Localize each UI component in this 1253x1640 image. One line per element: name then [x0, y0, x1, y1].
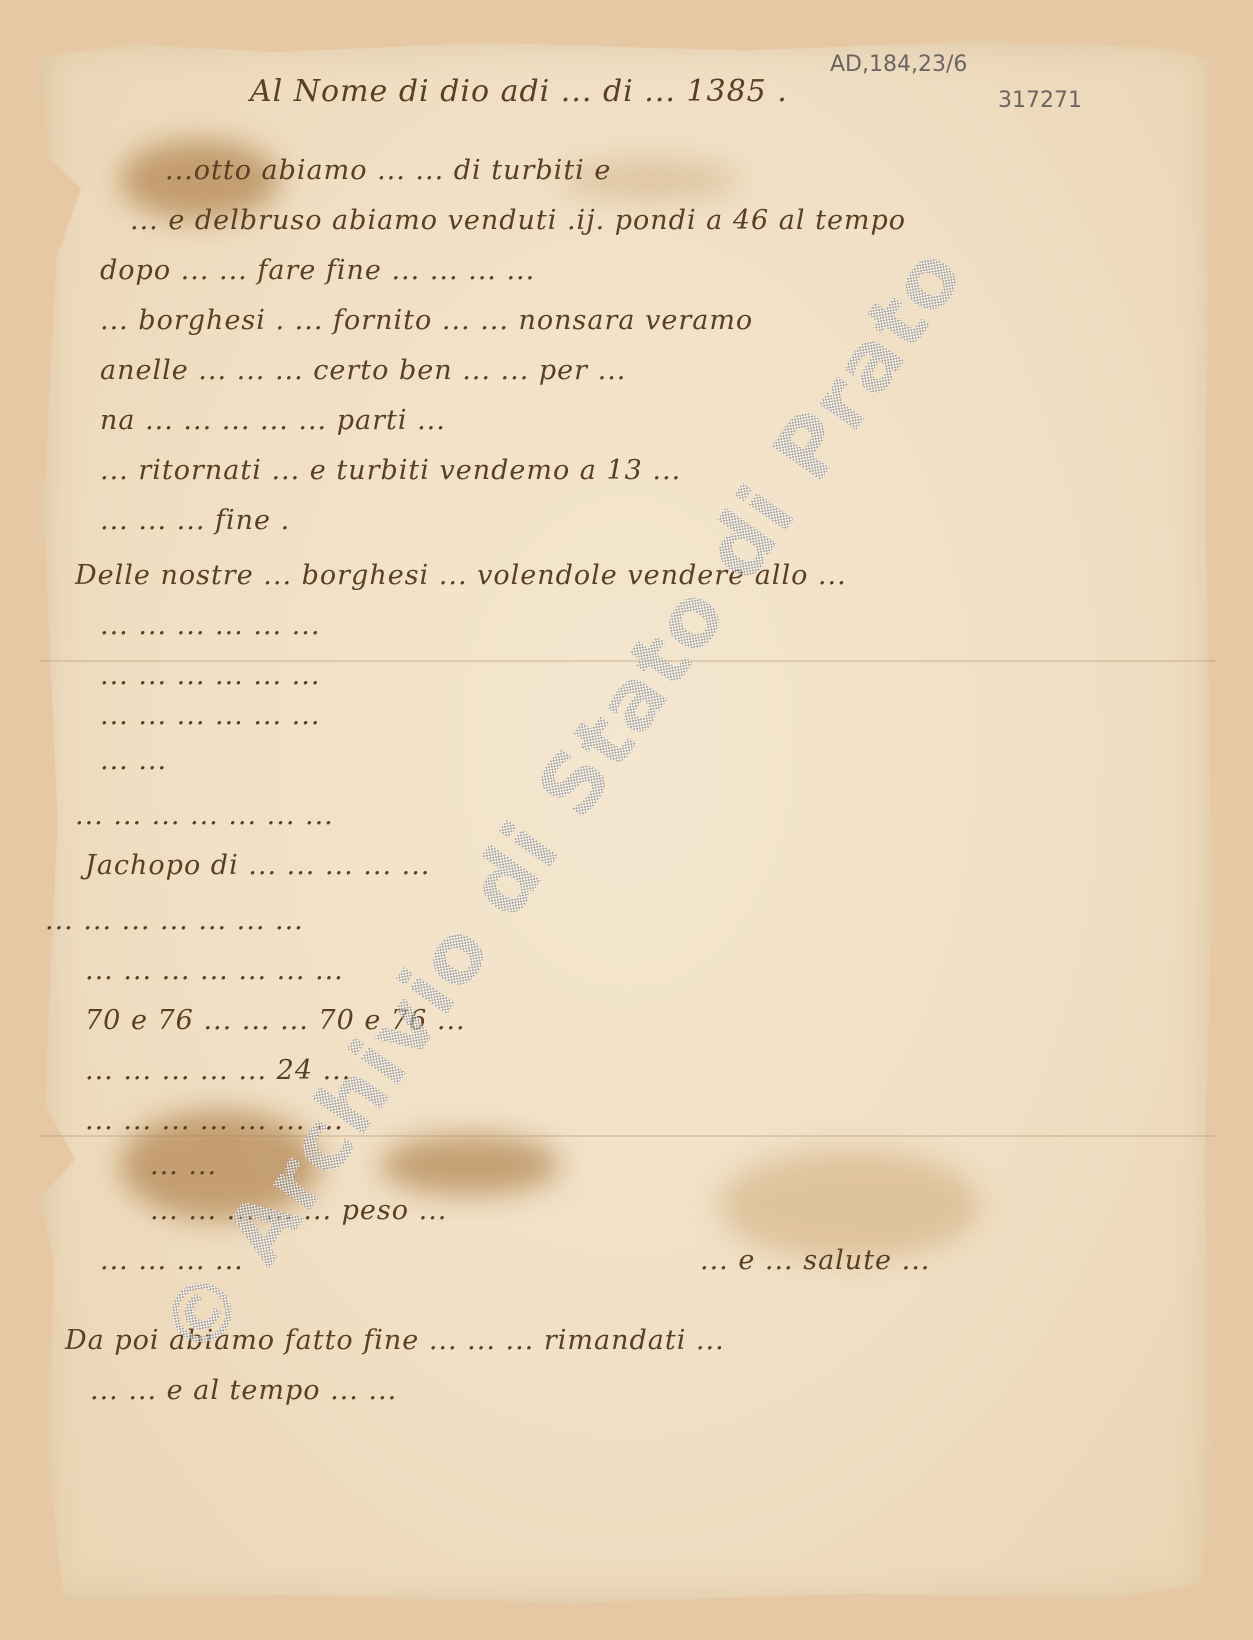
- text-line: ... ...: [150, 1150, 217, 1181]
- text-line: ... e delbruso abiamo venduti .ij. pondi…: [130, 205, 906, 236]
- text-line: ... ... ... fine .: [100, 505, 290, 536]
- text-line: anelle ... ... ... certo ben ... ... per…: [100, 355, 626, 386]
- text-line: ... borghesi . ... fornito ... ... nonsa…: [100, 305, 753, 336]
- text-line: ... ... ... ... ... ...: [100, 610, 320, 641]
- stain-middle-tear: [380, 1135, 560, 1195]
- stain-lower-center: [720, 1150, 980, 1260]
- inventory-number: 317271: [998, 88, 1082, 113]
- shelfmark: AD,184,23/6: [830, 52, 967, 77]
- text-line: ...otto abiamo ... ... di turbiti e: [165, 155, 611, 186]
- text-line: dopo ... ... fare fine ... ... ... ...: [100, 255, 535, 286]
- text-line: ... ... e al tempo ... ...: [90, 1375, 397, 1406]
- text-line: ... ... ... ... ... ... ...: [45, 905, 304, 936]
- text-line: ... ... ... ... ... ...: [100, 700, 320, 731]
- text-line: ... ... ... ... ... ... ...: [85, 955, 344, 986]
- text-line: ... ... ... ... ... ...: [100, 660, 320, 691]
- text-line: ... ... ... ... ... ... ...: [75, 800, 334, 831]
- text-line: na ... ... ... ... ... parti ...: [100, 405, 446, 436]
- heading-line: Al Nome di dio adi ... di ... 1385 .: [250, 74, 788, 109]
- text-line: ... ...: [100, 745, 167, 776]
- text-line: ... ritornati ... e turbiti vendemo a 13…: [100, 455, 681, 486]
- signature: ... e ... salute ...: [700, 1245, 930, 1276]
- text-line: Jachopo di ... ... ... ... ...: [85, 850, 430, 881]
